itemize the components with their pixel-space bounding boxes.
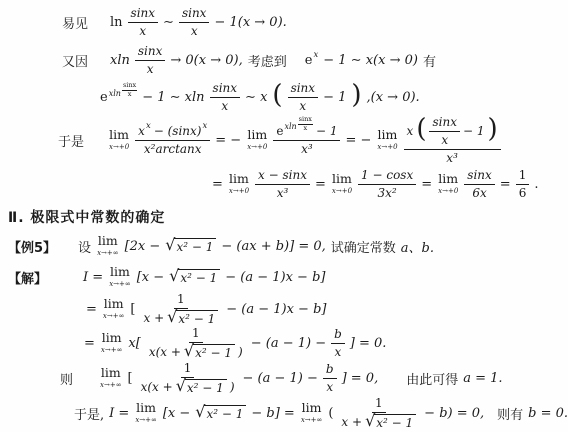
limit-x-to-inf: lim x→+∞	[109, 266, 131, 288]
sqrt-x2-minus-1: √ x² − 1	[184, 344, 235, 361]
denominator: x	[296, 98, 309, 114]
math-text: ,(x → 0).	[367, 90, 420, 105]
radicand: x² − 1	[193, 344, 235, 361]
numerator: sinx	[429, 115, 460, 132]
numerator: 1	[516, 168, 530, 185]
cn-you: 有	[423, 51, 436, 70]
scanned-math-document: 易见 ln sinx x ∼ sinx x − 1(x → 0). 又因 xln…	[0, 0, 568, 432]
lim-word: lim	[110, 266, 130, 279]
equals: =	[421, 177, 432, 192]
limit-x-to-inf: lim x→+∞	[97, 235, 119, 257]
denominator: 6x	[469, 185, 489, 201]
denominator: x(x + √ x² − 1 )	[138, 378, 238, 396]
radical-sign: √	[165, 237, 175, 253]
tiny-fraction-sinx-over-x: sinx x	[298, 116, 313, 132]
cn-youcikede: 由此可得	[406, 369, 458, 388]
numerator: sinx	[135, 44, 166, 61]
cn-yushi: 于是,	[74, 404, 104, 423]
e-base: e	[276, 124, 283, 139]
denominator: x	[136, 23, 149, 39]
limit-x-to-inf: lim x→+∞	[100, 367, 122, 389]
numerator: 1 − cosx	[358, 168, 416, 185]
equals: =	[86, 302, 97, 317]
open-paren: (	[416, 118, 426, 140]
exponent-x: x	[202, 121, 207, 132]
fraction-sinx-over-x: sinx x	[135, 44, 166, 77]
math-text: → 0(x → 0),	[170, 53, 242, 68]
fraction-sinx-over-x: sinx x	[288, 81, 319, 114]
lim-word: lim	[302, 402, 322, 415]
open-paren: (	[328, 406, 333, 421]
close-paren: )	[230, 380, 235, 395]
lim-subscript: x→+0	[332, 188, 352, 195]
lim-subscript: x→+∞	[100, 382, 122, 389]
spacer	[89, 140, 103, 141]
lim-subscript: x→+0	[438, 188, 458, 195]
fraction-b-over-x: b x	[323, 362, 337, 395]
math-text: − 1 ∼ x(x → 0)	[323, 53, 418, 68]
radical-sign: √	[169, 268, 179, 284]
lim-word: lim	[101, 367, 121, 380]
spacer	[93, 60, 105, 61]
close-paren: )	[487, 118, 497, 140]
lim-subscript: x→+∞	[97, 250, 119, 257]
cn-zeyou: 则有	[497, 404, 523, 423]
x-open-bracket: x[	[128, 336, 140, 351]
denominator: x	[323, 379, 336, 395]
fraction-1-over-x-x-plus-sqrt: 1 x(x + √ x² − 1 )	[138, 361, 238, 396]
tiny-fraction-sinx-over-x: sinx x	[122, 82, 137, 98]
fraction-sinx-over-x: sinx x	[210, 81, 241, 114]
denominator: x	[332, 344, 345, 360]
denominator: x³	[298, 141, 316, 157]
denominator: x	[188, 23, 201, 39]
x-factor: x	[407, 124, 414, 139]
math-text: − 1 ∼ xln	[142, 90, 204, 105]
limit-x-to-inf: lim x→+∞	[301, 402, 323, 424]
denominator: x	[144, 61, 157, 77]
line-2: 又因 xln sinx x → 0(x → 0), 考虑到 e x − 1 ∼ …	[0, 42, 568, 78]
math-text: I =	[83, 270, 103, 285]
spacer	[52, 277, 78, 278]
fraction-1-minus-cosx-over-3x2: 1 − cosx 3x²	[358, 168, 416, 201]
x-plus: x +	[341, 415, 362, 430]
fraction-xx-minus-sinxx: xx − (sinx)x x²arctanx	[135, 124, 210, 157]
minus-one: − 1	[316, 124, 338, 139]
x-x-plus: x(x +	[149, 345, 181, 360]
numerator: 1	[372, 396, 386, 413]
section-heading: Ⅱ. 极限式中常数的确定	[0, 204, 568, 230]
numerator: b	[331, 327, 345, 344]
denominator: x	[303, 125, 307, 132]
x-plus: x +	[144, 311, 165, 326]
math-text: − (a − 1) −	[251, 336, 326, 351]
denominator: x³	[443, 150, 461, 166]
math-text: − 1(x → 0).	[214, 15, 286, 30]
fraction-1-over-x-plus-sqrt: 1 x + √ x² − 1	[141, 292, 222, 327]
radical-sign: √	[365, 413, 375, 429]
line-8: = lim x→+∞ [ 1 x + √ x² − 1 − (a − 1)x −…	[0, 292, 568, 326]
close-paren: )	[351, 84, 361, 106]
sqrt-x2-minus-1: √ x² − 1	[195, 405, 246, 421]
fraction-x-paren-over-x3: x ( sinx x − 1 ) x³	[404, 115, 501, 166]
fraction-1-over-x-x-plus-sqrt: 1 x(x + √ x² − 1 )	[146, 326, 246, 361]
denominator: 6	[516, 185, 530, 201]
lim-subscript: x→+0	[377, 144, 397, 151]
equals: =	[500, 177, 511, 192]
limit-x-to-0: lim x→+0	[229, 173, 249, 195]
e-base: e	[305, 53, 313, 68]
spacer	[93, 22, 105, 23]
cn-shiqueding: 试确定常数	[331, 237, 396, 256]
ln-operator: ln	[110, 15, 123, 30]
limit-x-to-inf: lim x→+∞	[135, 402, 157, 424]
lim-word: lim	[109, 129, 129, 142]
math-text: − (a − 1) −	[243, 371, 318, 386]
lim-subscript: x→+∞	[135, 417, 157, 424]
spacer	[292, 60, 300, 61]
denominator: x	[438, 132, 451, 148]
exponent-x: x	[146, 121, 151, 132]
numerator: xx − (sinx)x	[135, 124, 210, 141]
x-power-x: xx	[138, 124, 151, 139]
limit-x-to-inf: lim x→+∞	[101, 332, 123, 354]
line-11: 于是, I = lim x→+∞ [x − √ x² − 1 − b] = li…	[0, 396, 568, 430]
line-9: = lim x→+∞ x[ 1 x(x + √ x² − 1 ) − (a − …	[0, 326, 568, 360]
cn-she: 设	[78, 237, 91, 256]
math-text: − (a − 1)x − b]	[226, 302, 326, 317]
spacer	[383, 378, 401, 379]
equals: =	[212, 177, 223, 192]
xln-exponent: xln	[284, 122, 296, 132]
solution-tag: 【解】	[8, 268, 47, 287]
denominator: x(x + √ x² − 1 )	[146, 343, 246, 361]
lead-ze: 则	[60, 369, 73, 388]
radical-sign: √	[195, 404, 205, 420]
x-x-plus: x(x +	[141, 380, 173, 395]
spacer	[61, 246, 73, 247]
open-paren: (	[272, 84, 282, 106]
denominator: x²arctanx	[141, 141, 205, 157]
limit-x-to-inf: lim x→+∞	[103, 298, 125, 320]
radicand: x² − 1	[204, 405, 246, 421]
sinx-base: − (sinx)	[154, 124, 202, 139]
fraction-1-over-6: 1 6	[516, 168, 530, 201]
lim-subscript: x→+∞	[109, 281, 131, 288]
sqrt-x2-minus-1: √ x² − 1	[167, 310, 218, 327]
lead-youyin: 又因	[62, 51, 88, 70]
fraction-sinx-over-x: sinx x	[128, 6, 159, 39]
radicand: x² − 1	[174, 238, 216, 254]
close-paren: )	[238, 345, 243, 360]
numerator: 1	[189, 326, 203, 343]
fraction-1-over-x-plus-sqrt: 1 x + √ x² − 1	[338, 396, 419, 431]
equals: =	[315, 177, 326, 192]
lim-word: lim	[247, 129, 267, 142]
radicand: x² − 1	[185, 379, 227, 396]
open-bracket: [	[130, 302, 135, 317]
radical-sign: √	[176, 378, 186, 394]
fraction-sinx-over-x: sinx x	[429, 115, 460, 148]
fraction-epow-minus-1-over-x3: e xln sinx x − 1 x³	[273, 123, 340, 157]
limit-x-to-0: lim x→+0	[109, 129, 129, 151]
period: .	[534, 177, 538, 192]
equals: =	[84, 336, 95, 351]
lim-subscript: x→+∞	[301, 417, 323, 424]
lim-word: lim	[438, 173, 458, 186]
sqrt-x2-minus-1: √ x² − 1	[165, 238, 216, 254]
lim-subscript: x→+∞	[103, 313, 125, 320]
cn-kaolvdao: 考虑到	[248, 51, 287, 70]
sinx-power-x: − (sinx)x	[154, 124, 208, 139]
equals-minus: = −	[345, 133, 371, 148]
math-text: − (ax + b)] = 0,	[221, 239, 325, 254]
math-text: − b] =	[251, 406, 294, 421]
sqrt-x2-minus-1: √ x² − 1	[176, 379, 227, 396]
fraction-b-over-x: b x	[331, 327, 345, 360]
numerator: 1	[181, 361, 195, 378]
numerator: sinx	[210, 81, 241, 98]
numerator: x − sinx	[255, 168, 310, 185]
sqrt-x2-minus-1: √ x² − 1	[365, 414, 416, 431]
numerator: e xln sinx x − 1	[273, 123, 340, 141]
math-text: a = 1.	[463, 371, 502, 386]
open-bracket: [	[128, 371, 133, 386]
line-1: 易见 ln sinx x ∼ sinx x − 1(x → 0).	[0, 2, 568, 42]
radicand: x² − 1	[176, 310, 218, 327]
spacer	[78, 378, 94, 379]
tilde-operator: ∼	[163, 15, 174, 30]
lim-word: lim	[378, 129, 398, 142]
math-text: [x −	[137, 270, 164, 285]
equals-minus: = −	[215, 133, 241, 148]
e-power-xln-frac: e xln sinx x	[100, 89, 137, 105]
radicand: x² − 1	[178, 269, 220, 285]
lead-yushi: 于是	[58, 131, 84, 150]
lim-word: lim	[102, 332, 122, 345]
math-text: b = 0.	[528, 406, 568, 421]
limit-x-to-0: lim x→+0	[377, 129, 397, 151]
math-text: ] = 0,	[342, 371, 379, 386]
exponent-x: x	[313, 50, 318, 60]
radical-sign: √	[167, 309, 177, 325]
line-3: e xln sinx x − 1 ∼ xln sinx x ∼ x ( sinx…	[0, 78, 568, 116]
denominator: x + √ x² − 1	[141, 309, 222, 327]
radicand: x² − 1	[374, 414, 416, 431]
numerator: sinx	[128, 6, 159, 23]
e-power-x: e x	[305, 53, 319, 68]
lim-word: lim	[332, 173, 352, 186]
fraction-sinx-over-x: sinx x	[179, 6, 210, 39]
minus-one: − 1	[463, 124, 485, 139]
xln-operator: xln	[110, 53, 130, 68]
math-text: ] = 0.	[350, 336, 387, 351]
line-5: = lim x→+0 x − sinx x³ = lim x→+0 1 − co…	[0, 164, 568, 204]
math-text: − (a − 1)x − b]	[225, 270, 325, 285]
lim-subscript: x→+∞	[101, 347, 123, 354]
limit-x-to-0: lim x→+0	[438, 173, 458, 195]
line-example5: 【例5】 设 lim x→+∞ [2x − √ x² − 1 − (ax + b…	[0, 230, 568, 262]
denominator: x	[128, 91, 132, 98]
line-10: 则 lim x→+∞ [ 1 x(x + √ x² − 1 ) − (a − 1…	[0, 360, 568, 396]
math-text: I =	[109, 406, 129, 421]
lim-subscript: x→+0	[247, 144, 267, 151]
math-text: − 1	[323, 90, 346, 105]
lim-word: lim	[229, 173, 249, 186]
numerator: sinx	[179, 6, 210, 23]
x-base: x	[138, 124, 145, 139]
spacer	[489, 413, 492, 414]
limit-x-to-0: lim x→+0	[247, 129, 267, 151]
lim-subscript: x→+0	[229, 188, 249, 195]
math-text: [x −	[163, 406, 190, 421]
math-text: ∼ x	[245, 90, 267, 105]
lim-subscript: x→+0	[109, 144, 129, 151]
denominator: x³	[274, 185, 292, 201]
heading-text: Ⅱ. 极限式中常数的确定	[8, 207, 165, 227]
fraction-x-minus-sinx-over-x3: x − sinx x³	[255, 168, 310, 201]
xln-exponent: xln	[109, 89, 121, 98]
numerator: x ( sinx x − 1 )	[404, 115, 501, 150]
numerator: sinx	[464, 168, 495, 185]
numerator: 1	[174, 292, 188, 309]
fraction-sinx-over-6x: sinx 6x	[464, 168, 495, 201]
numerator: b	[323, 362, 337, 379]
lead-yijian: 易见	[62, 13, 88, 32]
numerator: sinx	[288, 81, 319, 98]
math-text: [2x −	[125, 239, 161, 254]
lim-word: lim	[98, 235, 118, 248]
lim-word: lim	[104, 298, 124, 311]
exponent-group: xln sinx x	[284, 116, 313, 132]
sqrt-x2-minus-1: √ x² − 1	[169, 269, 220, 285]
line-4: 于是 lim x→+0 xx − (sinx)x x²arctanx = − l…	[0, 116, 568, 164]
e-base: e	[100, 90, 108, 105]
denominator: 3x²	[375, 185, 400, 201]
radical-sign: √	[184, 343, 194, 359]
limit-x-to-0: lim x→+0	[332, 173, 352, 195]
line-solution: 【解】 I = lim x→+∞ [x − √ x² − 1 − (a − 1)…	[0, 262, 568, 292]
lim-word: lim	[136, 402, 156, 415]
denominator: x + √ x² − 1	[338, 413, 419, 431]
math-text: − b) = 0,	[424, 406, 484, 421]
denominator: x	[218, 98, 231, 114]
exponent-group: xln sinx x	[109, 82, 138, 98]
example-tag: 【例5】	[8, 237, 56, 256]
math-text: a、b.	[401, 237, 434, 256]
e-power-xln-frac: e xln sinx x	[276, 123, 313, 139]
